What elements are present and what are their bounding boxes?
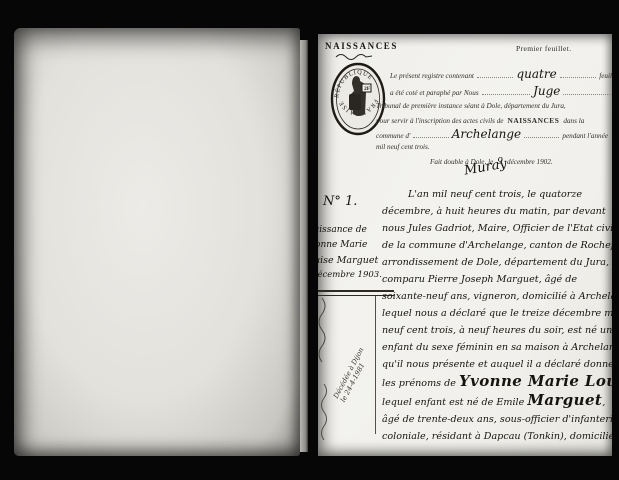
handwritten-commune: Archelange [452, 127, 521, 141]
dotted-leader [560, 70, 597, 78]
act-line: nous Jules Gadriot, Maire, Officier de l… [382, 220, 610, 237]
spine-scribble [318, 382, 330, 444]
preamble-line-4: pour servir à l'inscription des actes ci… [376, 116, 608, 125]
margin-line: Louise Marguet [318, 253, 392, 268]
act-line: enfant du sexe féminin en sa maison à Ar… [382, 339, 610, 356]
act-text: lequel enfant est né de Emile [382, 397, 527, 408]
print-text: Le présent registre contenant [390, 72, 474, 80]
print-text: commune d' [376, 132, 410, 140]
folio-label: Premier feuillet. [516, 44, 572, 53]
preamble-line-5: commune d' Archelange pendant l'année [376, 130, 608, 141]
dotted-leader [477, 70, 514, 78]
margin-line: Naissance de [318, 223, 392, 238]
act-line: les prénoms de Yvonne Marie Louise [382, 373, 610, 392]
act-line: comparu Pierre Joseph Marguet, âgé de [382, 271, 610, 288]
act-text: les prénoms de [382, 378, 459, 389]
dotted-leader [413, 130, 448, 138]
print-text: Tribunal de première instance séant à Do… [376, 102, 566, 110]
act-text: , [602, 397, 605, 408]
act-name-emphasis: Marguet [527, 391, 602, 409]
preamble-line-1: Le présent registre contenant quatre feu… [376, 70, 612, 81]
act-text: L'an mil neuf cent trois, le quatorze [408, 189, 582, 200]
act-line: coloniale, résidant à Dapcau (Tonkin), d… [382, 428, 610, 445]
act-number: N° 1. [323, 194, 357, 209]
act-line: lequel nous a déclaré que le treize déce… [382, 305, 610, 322]
act-line: L'an mil neuf cent trois, le quatorze [382, 186, 610, 203]
blank-left-page [14, 28, 300, 456]
act-text: soixante-neuf ans, vigneron, domicilié à… [382, 291, 612, 302]
register-first-leaf: NAISSANCES Premier feuillet. RÉPUBLIQUE … [318, 34, 612, 456]
act-text: qu'il nous présente et auquel il a décla… [382, 359, 612, 370]
page-title: NAISSANCES [325, 41, 398, 51]
margin-vertical-rule [375, 296, 376, 434]
print-text: pour servir à l'inscription des actes ci… [376, 117, 504, 125]
act-text: neuf cent trois, à neuf heures du soir, … [382, 325, 612, 336]
dotted-leader [524, 130, 559, 138]
print-text: décembre 1902. [507, 158, 553, 166]
scan-backdrop: NAISSANCES Premier feuillet. RÉPUBLIQUE … [0, 0, 619, 480]
handwritten-quatre: quatre [516, 67, 556, 81]
act-line: soixante-neuf ans, vigneron, domicilié à… [382, 288, 610, 305]
act-text: décembre, à huit heures du matin, par de… [382, 206, 606, 217]
margin-line: Yvonne Marie [318, 238, 392, 253]
spine-scribble [318, 296, 329, 366]
dotted-leader [563, 87, 611, 95]
margin-lines: Naissance deYvonne MarieLouise Marguetdé… [318, 223, 392, 283]
act-line: de la commune d'Archelange, canton de Ro… [382, 237, 610, 254]
print-text: pendant l'année [562, 132, 608, 140]
act-text: coloniale, résidant à Dapcau (Tonkin), d… [382, 431, 612, 442]
death-margin-note: Décédée à Dijon le 24-4-1981 [332, 346, 373, 403]
margin-line: décembre 1903. [318, 268, 392, 283]
print-text: a été coté et paraphé par Nous [390, 89, 479, 97]
preamble-line-6: mil neuf cent trois. [376, 143, 608, 151]
act-name-emphasis: Yvonne Marie Louise [459, 372, 612, 390]
act-line: neuf cent trois, à neuf heures du soir, … [382, 322, 610, 339]
act-lines: L'an mil neuf cent trois, le quatorzedéc… [382, 186, 610, 445]
act-text: nous Jules Gadriot, Maire, Officier de l… [382, 223, 612, 234]
print-text: feuillets [599, 72, 612, 80]
act-line: arrondissement de Dole, département du J… [382, 254, 610, 271]
preamble-line-3: Tribunal de première instance séant à Do… [376, 102, 608, 110]
page-stack-edge [300, 40, 308, 452]
act-text: comparu Pierre Joseph Marguet, âgé de [382, 274, 577, 285]
act-line: lequel enfant est né de Emile Marguet, [382, 392, 610, 411]
preamble-line-2: a été coté et paraphé par Nous Juge du [376, 87, 612, 98]
print-text: dans la [563, 117, 584, 125]
act-line: décembre, à huit heures du matin, par de… [382, 203, 610, 220]
stamp-value: 2F [364, 86, 371, 92]
act-line: qu'il nous présente et auquel il a décla… [382, 356, 610, 373]
act-text: arrondissement de Dole, département du J… [382, 257, 612, 268]
act-text: enfant du sexe féminin en sa maison à Ar… [382, 342, 612, 353]
handwritten-juge: Juge [533, 84, 560, 98]
act-text: de la commune d'Archelange, canton de Ro… [382, 240, 612, 251]
act-text: âgé de trente-deux ans, sous-officier d'… [382, 414, 612, 425]
print-text: mil neuf cent trois. [376, 143, 430, 151]
act-text: lequel nous a déclaré que le treize déce… [382, 308, 612, 319]
act-line: âgé de trente-deux ans, sous-officier d'… [382, 411, 610, 428]
title-flourish [334, 53, 374, 60]
dotted-leader [482, 87, 530, 95]
naissances-bold: NAISSANCES [508, 116, 560, 125]
